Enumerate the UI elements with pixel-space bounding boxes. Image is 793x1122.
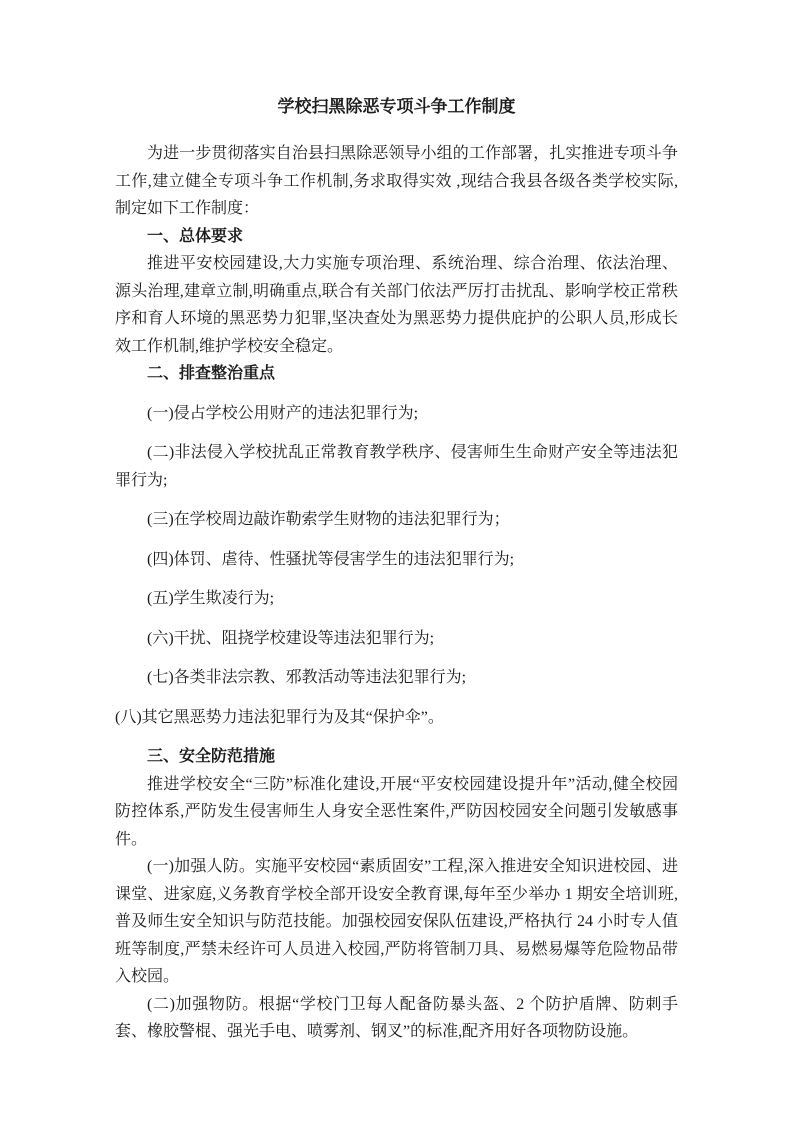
- paragraph-personnel-defense: (一)加强人防。实施平安校园“素质固安”工程,深入推进安全知识进校园、进课堂、进…: [115, 853, 678, 991]
- list-item-4: (四)体罚、虐待、性骚扰等侵害学生的违法犯罪行为;: [115, 546, 678, 574]
- list-item-3: (三)在学校周边敲诈勒索学生财物的违法犯罪行为；: [115, 506, 678, 534]
- list-item-5: (五)学生欺凌行为;: [115, 585, 678, 613]
- document-title: 学校扫黑除恶专项斗争工作制度: [115, 93, 678, 121]
- list-item-6: (六)干扰、阻挠学校建设等违法犯罪行为;: [115, 625, 678, 653]
- list-item-2: (二)非法侵入学校扰乱正常教育教学秩序、侵害师生生命财产安全等违法犯罪行为;: [115, 439, 678, 494]
- list-item-1: (一)侵占学校公用财产的违法犯罪行为;: [115, 400, 678, 428]
- paragraph-physical-defense: (二)加强物防。根据“学校门卫每人配备防暴头盔、2 个防护盾牌、防刺手套、橡胶警…: [115, 991, 678, 1046]
- paragraph-intro: 为进一步贯彻落实自治县扫黑除恶领导小组的工作部署，扎实推进专项斗争工作,建立健全…: [115, 140, 678, 223]
- paragraph-section-1-body: 推进平安校园建设,大力实施专项治理、系统治理、综合治理、依法治理、源头治理,建章…: [115, 250, 678, 360]
- paragraph-section-3-body: 推进学校安全“三防”标准化建设,开展“平安校园建设提升年”活动,健全校园防控体系…: [115, 771, 678, 854]
- heading-section-3-safety-measures: 三、安全防范措施: [115, 743, 678, 771]
- document-page: 学校扫黑除恶专项斗争工作制度 为进一步贯彻落实自治县扫黑除恶领导小组的工作部署，…: [0, 0, 793, 1122]
- heading-section-1-overall-requirements: 一、总体要求: [115, 223, 678, 251]
- list-item-8: (八)其它黑恶势力违法犯罪行为及其“保护伞”。: [115, 704, 678, 732]
- heading-section-2-inspection-focus: 二、排查整治重点: [115, 360, 678, 388]
- list-item-7: (七)各类非法宗教、邪教活动等违法犯罪行为;: [115, 664, 678, 692]
